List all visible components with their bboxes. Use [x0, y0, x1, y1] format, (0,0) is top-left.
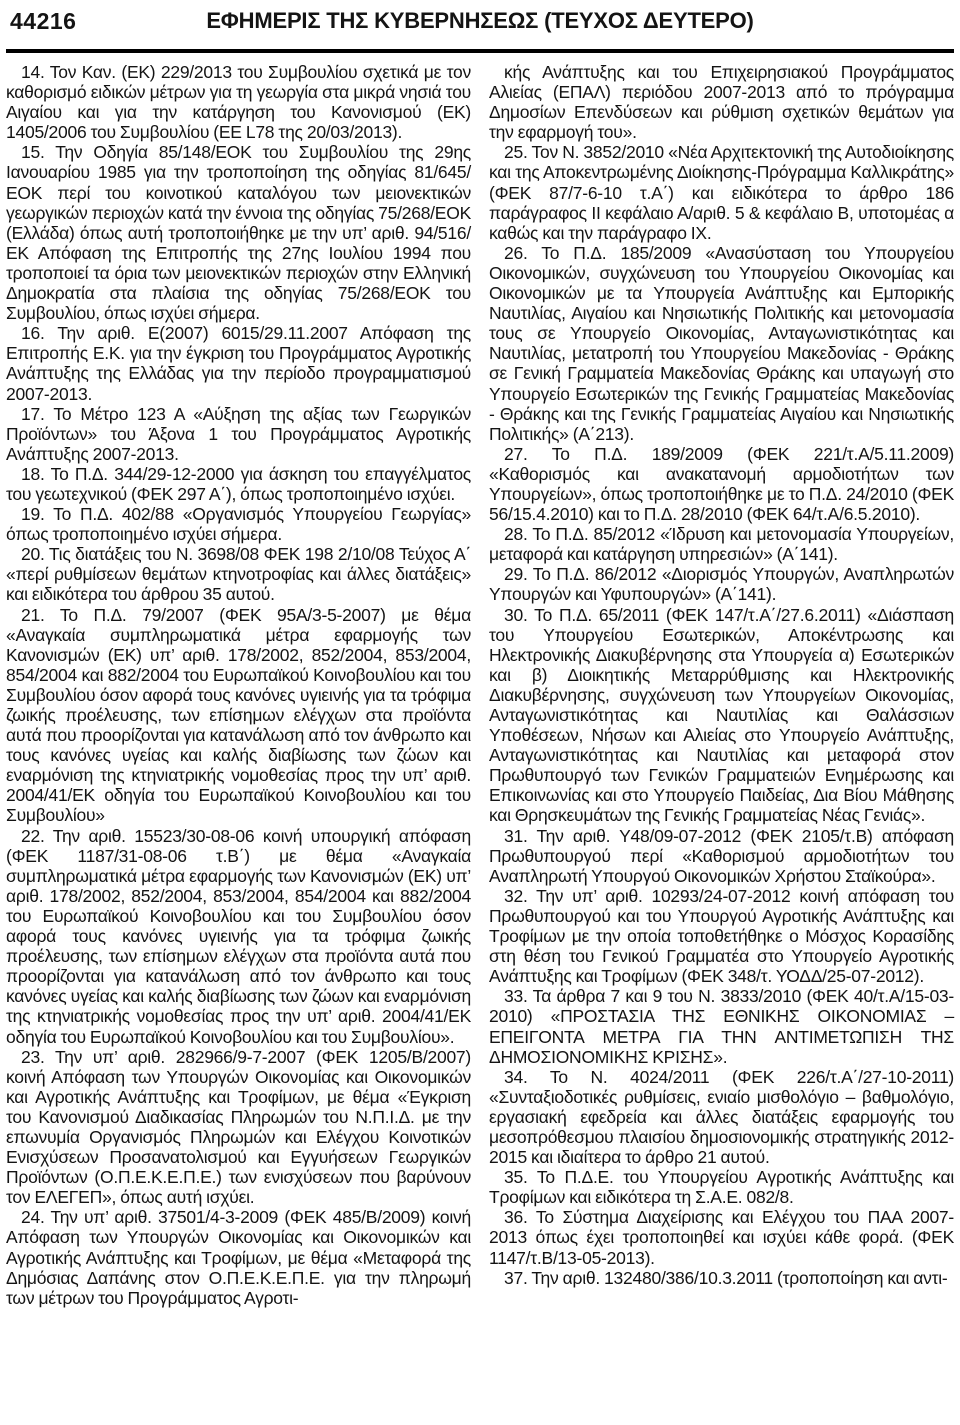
paragraph: 28. Το Π.Δ. 85/2012 «Ίδρυση και μετονομα… [489, 524, 954, 564]
paragraph: 22. Την αριθ. 15523/30-08-06 κοινή υπουρ… [6, 826, 471, 1047]
paragraph: 29. Το Π.Δ. 86/2012 «Διορισμός Υπουργών,… [489, 564, 954, 604]
document-body: 14. Τον Καν. (ΕΚ) 229/2013 του Συμβουλίο… [6, 62, 954, 1308]
paragraph: 15. Την Οδηγία 85/148/ΕΟΚ του Συμβουλίου… [6, 142, 471, 323]
page-header: 44216 ΕΦΗΜΕΡΙΣ ΤΗΣ ΚΥΒΕΡΝΗΣΕΩΣ (ΤΕΥΧΟΣ Δ… [6, 0, 954, 46]
paragraph: 27. Το Π.Δ. 189/2009 (ΦΕΚ 221/τ.Α/5.11.2… [489, 444, 954, 524]
paragraph: 36. Το Σύστημα Διαχείρισης και Ελέγχου τ… [489, 1207, 954, 1267]
paragraph: 32. Την υπ’ αριθ. 10293/24-07-2012 κοινή… [489, 886, 954, 986]
paragraph: 14. Τον Καν. (ΕΚ) 229/2013 του Συμβουλίο… [6, 62, 471, 142]
paragraph: 25. Τον Ν. 3852/2010 «Νέα Αρχιτεκτονική … [489, 142, 954, 242]
left-column: 14. Τον Καν. (ΕΚ) 229/2013 του Συμβουλίο… [6, 62, 471, 1308]
paragraph: 37. Την αριθ. 132480/386/10.3.2011 (τροπ… [489, 1268, 954, 1288]
paragraph: 24. Την υπ’ αριθ. 37501/4-3-2009 (ΦΕΚ 48… [6, 1207, 471, 1307]
paragraph: 18. Το Π.Δ. 344/29-12-2000 για άσκηση το… [6, 464, 471, 504]
header-rule [6, 49, 954, 53]
paragraph: 17. Το Μέτρο 123 Α «Αύξηση της αξίας των… [6, 404, 471, 464]
paragraph: 35. Το Π.Δ.Ε. του Υπουργείου Αγροτικής Α… [489, 1167, 954, 1207]
paragraph: 30. Το Π.Δ. 65/2011 (ΦΕΚ 147/τ.Α΄/27.6.2… [489, 605, 954, 826]
page-number: 44216 [10, 8, 76, 35]
gazette-page: 44216 ΕΦΗΜΕΡΙΣ ΤΗΣ ΚΥΒΕΡΝΗΣΕΩΣ (ΤΕΥΧΟΣ Δ… [4, 0, 956, 1308]
paragraph: 33. Τα άρθρα 7 και 9 του Ν. 3833/2010 (Φ… [489, 986, 954, 1066]
right-column: κής Ανάπτυξης και του Επιχειρησιακού Προ… [489, 62, 954, 1308]
paragraph: 19. Το Π.Δ. 402/88 «Οργανισμός Υπουργείο… [6, 504, 471, 544]
paragraph: 21. Το Π.Δ. 79/2007 (ΦΕΚ 95Α/3-5-2007) μ… [6, 605, 471, 826]
paragraph: 23. Την υπ’ αριθ. 282966/9-7-2007 (ΦΕΚ 1… [6, 1047, 471, 1208]
paragraph: 34. Το Ν. 4024/2011 (ΦΕΚ 226/τ.Α΄/27-10-… [489, 1067, 954, 1167]
paragraph: 16. Την αριθ. Ε(2007) 6015/29.11.2007 Απ… [6, 323, 471, 403]
paragraph: 20. Τις διατάξεις του Ν. 3698/08 ΦΕΚ 198… [6, 544, 471, 604]
page-title: ΕΦΗΜΕΡΙΣ ΤΗΣ ΚΥΒΕΡΝΗΣΕΩΣ (ΤΕΥΧΟΣ ΔΕΥΤΕΡΟ… [6, 8, 954, 34]
paragraph: κής Ανάπτυξης και του Επιχειρησιακού Προ… [489, 62, 954, 142]
paragraph: 31. Την αριθ. Υ48/09-07-2012 (ΦΕΚ 2105/τ… [489, 826, 954, 886]
paragraph: 26. Το Π.Δ. 185/2009 «Ανασύσταση του Υπο… [489, 243, 954, 444]
